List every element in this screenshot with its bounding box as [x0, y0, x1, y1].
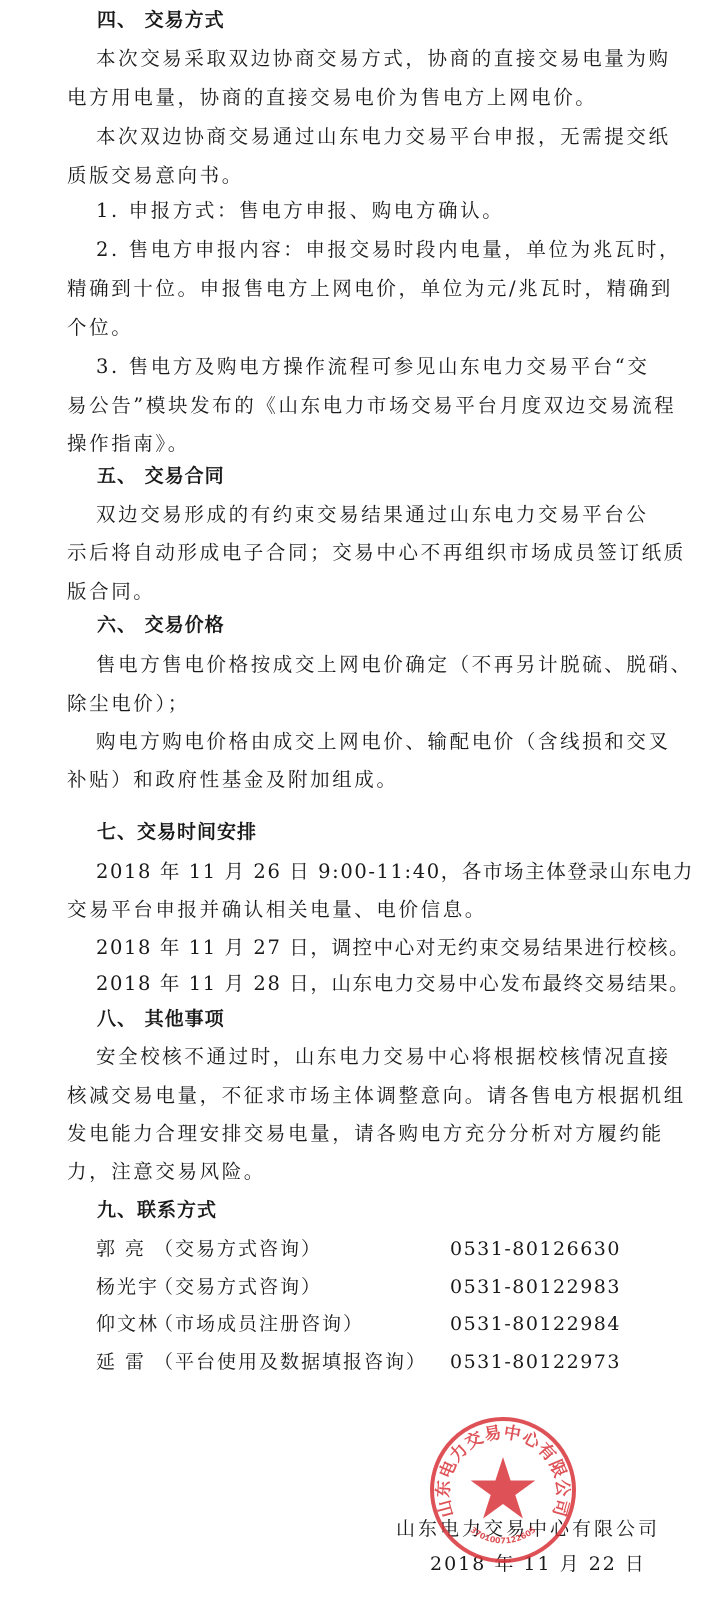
section-heading-9: 九、联系方式: [97, 1198, 217, 1222]
star-icon: [471, 1457, 536, 1519]
paragraph-line: 补贴）和政府性基金及附加组成。: [67, 768, 399, 792]
paragraph-line: 除尘电价）；: [67, 692, 190, 716]
contact-name: 郭 亮: [96, 1237, 154, 1261]
contact-role: （交易方式咨询）: [154, 1238, 322, 1260]
paragraph-line: 力，注意交易风险。: [67, 1160, 266, 1184]
paragraph-line: 购电方购电价格由成交上网电价、输配电价（含线损和交叉: [96, 730, 671, 754]
list-item-2: 2. 售电方申报内容：申报交易时段内电量，单位为兆瓦时，: [96, 238, 681, 262]
contact-name: 杨光宇: [96, 1275, 154, 1299]
list-item-3: 3. 售电方及购电方操作流程可参见山东电力交易平台“交: [96, 355, 649, 379]
paragraph-line: 双边交易形成的有约束交易结果通过山东电力交易平台公: [96, 503, 649, 527]
paragraph-line: 电方用电量，协商的直接交易电价为售电方上网电价。: [67, 86, 597, 110]
paragraph-line: 质版交易意向书。: [67, 164, 244, 188]
schedule-line: 2018 年 11 月 28 日，山东电力交易中心发布最终交易结果。: [96, 972, 690, 996]
contact-row: 郭 亮（交易方式咨询） 0531-80126630: [96, 1237, 322, 1261]
paragraph-line: 个位。: [67, 316, 133, 340]
list-item-1: 1. 申报方式：售电方申报、购电方确认。: [96, 199, 504, 223]
paragraph-line: 操作指南》。: [67, 432, 190, 456]
paragraph-line: 精确到十位。申报售电方上网电价，单位为元/兆瓦时，精确到: [67, 277, 673, 301]
paragraph-line: 易公告”模块发布的《山东电力市场交易平台月度双边交易流程: [67, 394, 676, 418]
contact-role: （交易方式咨询）: [154, 1276, 322, 1298]
paragraph-line: 核减交易电量，不征求市场主体调整意向。请各售电方根据机组: [67, 1084, 686, 1108]
contact-phone: 0531-80122973: [450, 1350, 621, 1374]
svg-text:3701007122605: 3701007122605: [468, 1525, 537, 1545]
paragraph-line: 本次交易采取双边协商交易方式，协商的直接交易电量为购: [96, 47, 671, 71]
section-heading-7: 七、交易时间安排: [97, 820, 257, 844]
schedule-line: 交易平台申报并确认相关电量、电价信息。: [67, 898, 487, 922]
contact-phone: 0531-80126630: [450, 1237, 621, 1261]
paragraph-line: 安全校核不通过时，山东电力交易中心将根据校核情况直接: [96, 1045, 671, 1069]
schedule-line: 2018 年 11 月 26 日 9:00-11:40，各市场主体登录山东电力: [96, 860, 694, 884]
contact-row: 杨光宇（交易方式咨询） 0531-80122983: [96, 1275, 322, 1299]
section-heading-6: 六、 交易价格: [97, 613, 225, 637]
section-heading-8: 八、 其他事项: [97, 1007, 225, 1031]
paragraph-line: 售电方售电价格按成交上网电价确定（不再另计脱硫、脱硝、: [96, 653, 693, 677]
contact-name: 延 雷: [96, 1350, 154, 1374]
contact-phone: 0531-80122984: [450, 1312, 621, 1336]
paragraph-line: 版合同。: [67, 580, 155, 604]
official-seal-icon: 山东电力交易中心有限公司 3701007122605: [428, 1415, 578, 1565]
paragraph-line: 示后将自动形成电子合同；交易中心不再组织市场成员签订纸质: [67, 541, 686, 565]
contact-row: 仰文林（市场成员注册咨询） 0531-80122984: [96, 1312, 364, 1336]
contact-name: 仰文林: [96, 1312, 154, 1336]
contact-role: （平台使用及数据填报咨询）: [154, 1351, 427, 1373]
contact-phone: 0531-80122983: [450, 1275, 621, 1299]
paragraph-line: 本次双边协商交易通过山东电力交易平台申报，无需提交纸: [96, 125, 671, 149]
seal-code: 3701007122605: [468, 1525, 537, 1545]
section-heading-4: 四、 交易方式: [97, 8, 225, 32]
contact-role: （市场成员注册咨询）: [154, 1313, 364, 1335]
section-heading-5: 五、 交易合同: [97, 464, 225, 488]
contact-row: 延 雷（平台使用及数据填报咨询） 0531-80122973: [96, 1350, 427, 1374]
paragraph-line: 发电能力合理安排交易电量，请各购电方充分分析对方履约能: [67, 1122, 664, 1146]
document-page: 四、 交易方式 本次交易采取双边协商交易方式，协商的直接交易电量为购 电方用电量…: [0, 0, 716, 1600]
schedule-line: 2018 年 11 月 27 日，调控中心对无约束交易结果进行校核。: [96, 936, 690, 960]
